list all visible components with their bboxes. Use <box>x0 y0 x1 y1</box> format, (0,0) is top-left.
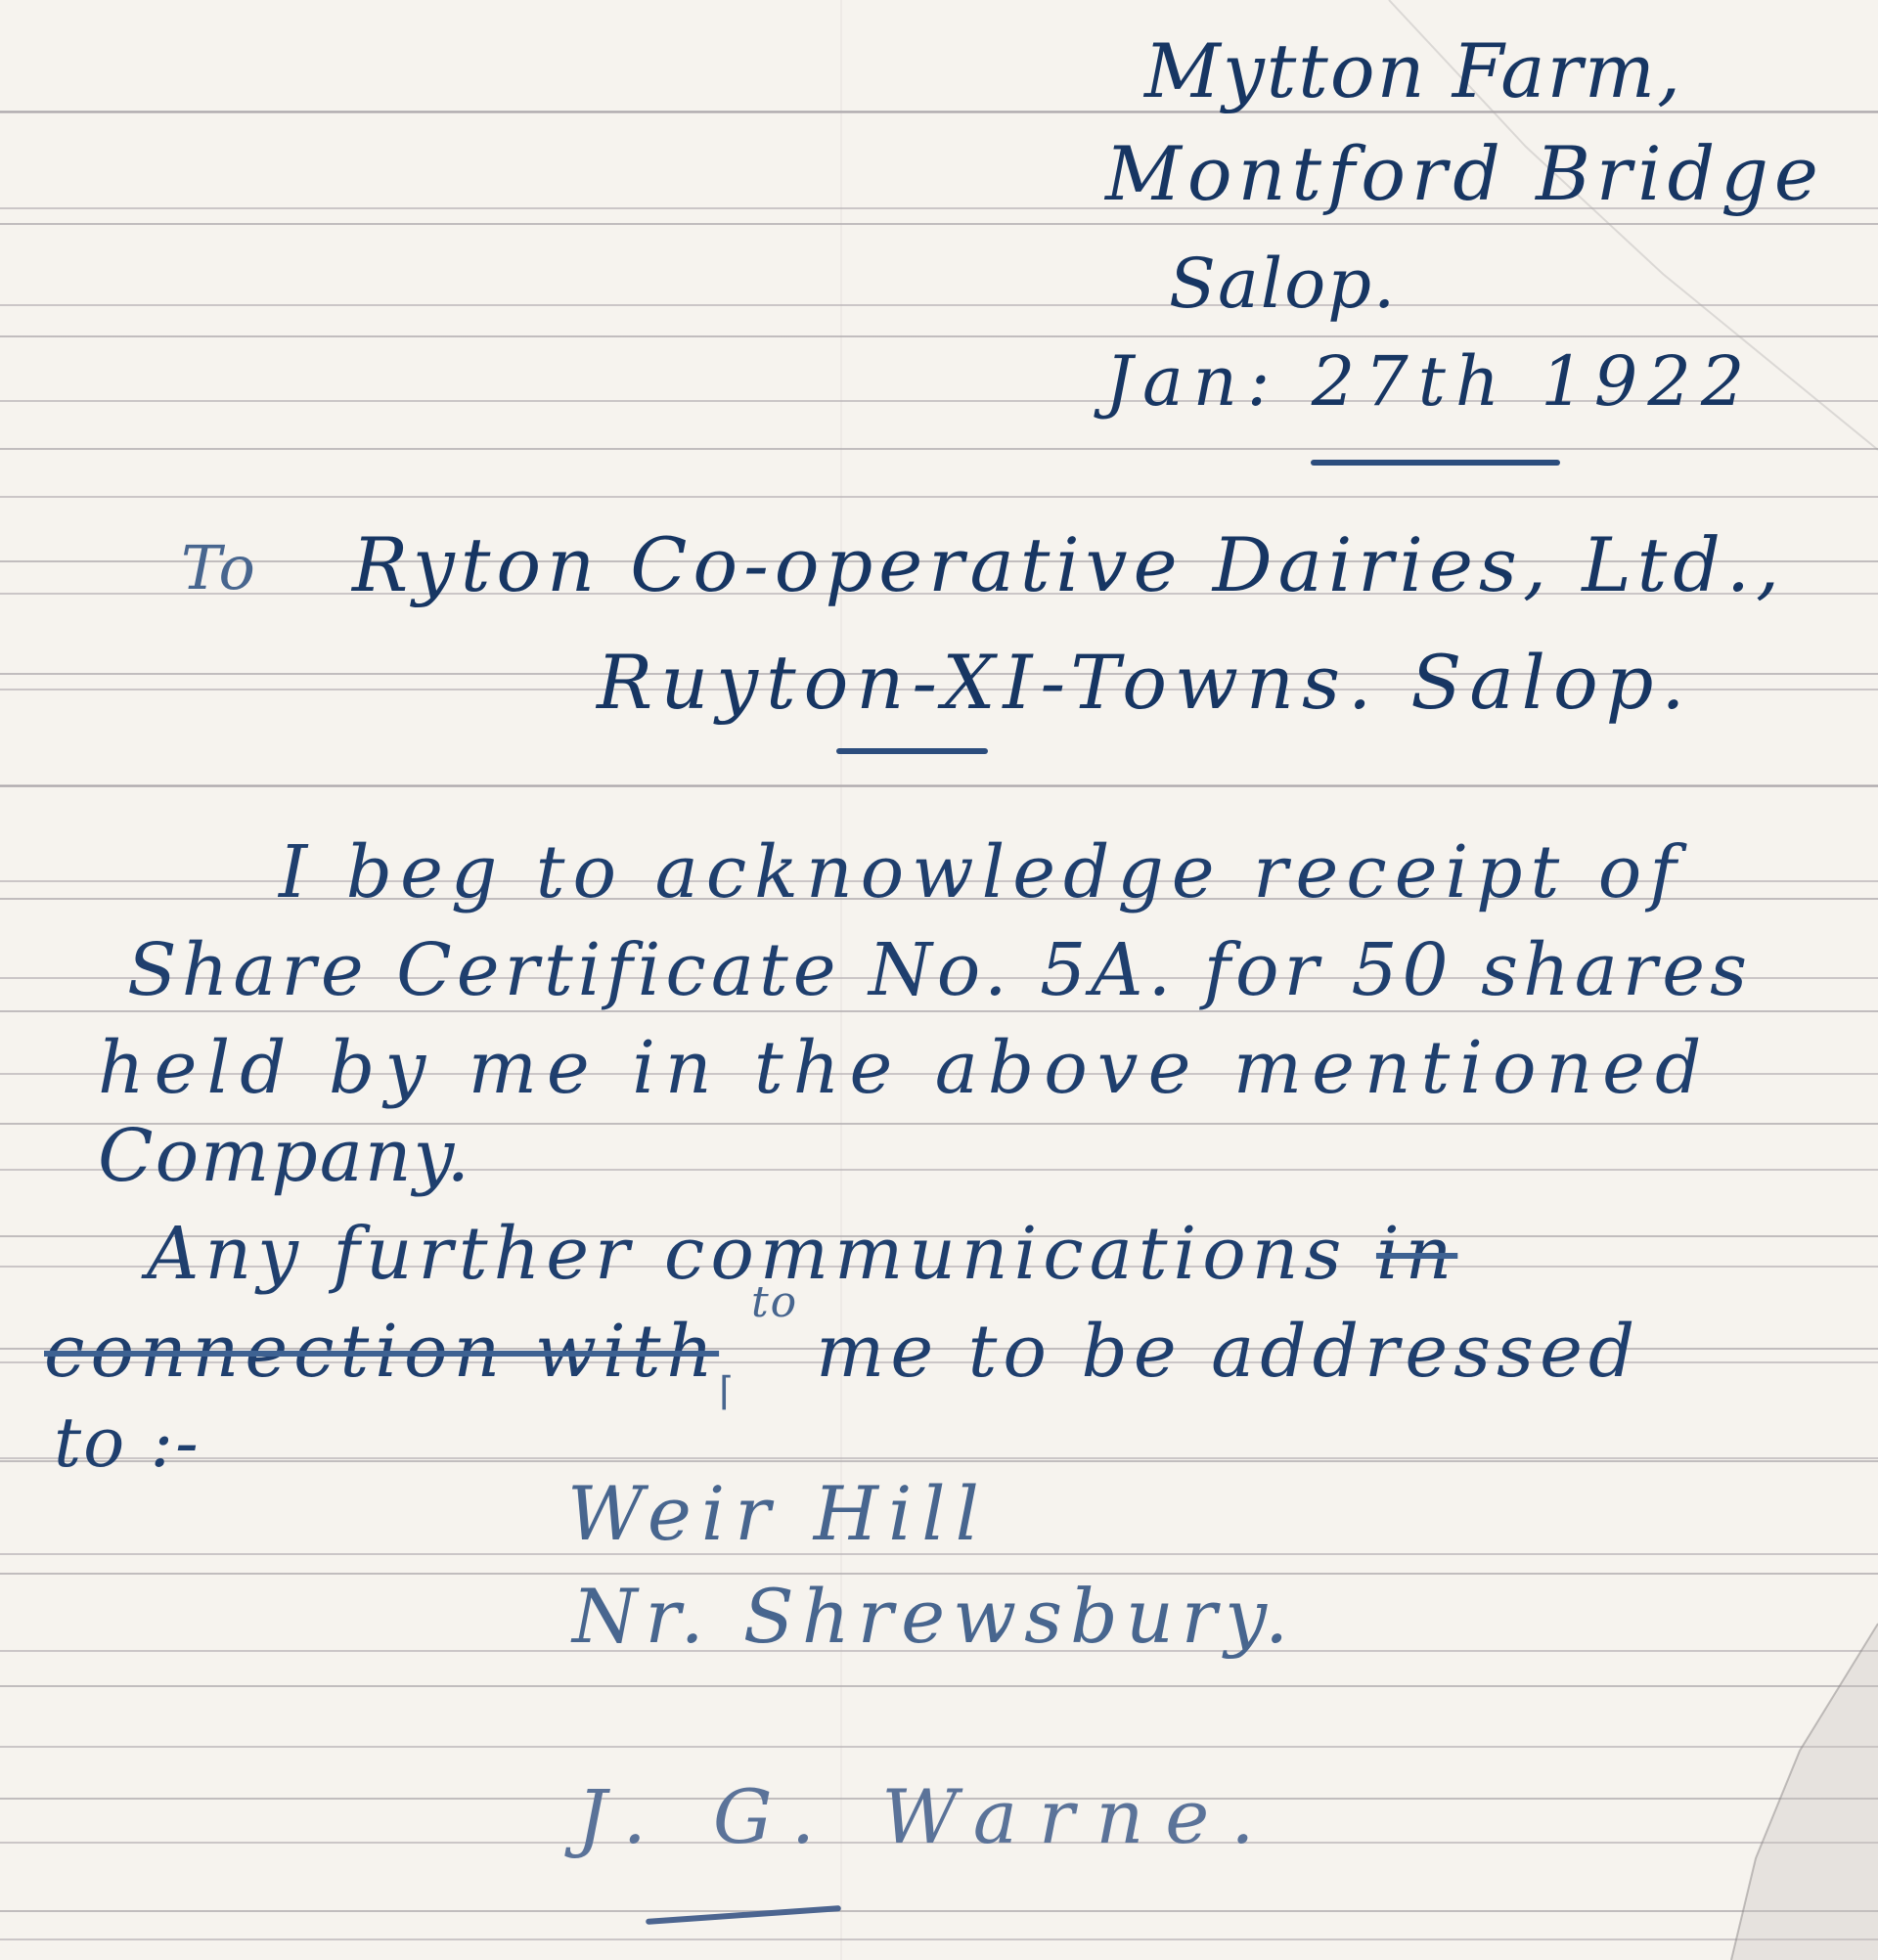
recipient-line-2: Ruyton-XI-Towns. Salop. <box>597 646 1693 720</box>
body-line-7: to :- <box>54 1408 201 1477</box>
new-address-line-2: Nr. Shrewsbury. <box>572 1580 1296 1654</box>
date-underline <box>1311 460 1560 466</box>
body-line-4: Company. <box>98 1120 471 1192</box>
body-line-3: held by me in the above mentioned <box>98 1032 1711 1104</box>
recipient-underline <box>836 748 988 754</box>
letter-date: Jan: 27th 1922 <box>1105 347 1754 416</box>
sender-address-line-3: Salop. <box>1169 249 1397 318</box>
recipient-line-1: Ryton Co-operative Dairies, Ltd., <box>352 528 1785 602</box>
body-line-2: Share Certificate No. 5A. for 50 shares <box>127 934 1752 1006</box>
body-line-6: connection with me to be addressed <box>44 1315 1640 1388</box>
body-line-6-text: me to be addressed <box>816 1310 1640 1394</box>
recipient-prefix: To <box>181 538 257 599</box>
insertion-caret-icon: ⌈ <box>719 1369 735 1414</box>
body-line-1: I beg to acknowledge receipt of <box>279 836 1684 909</box>
sender-address-line-2: Montford Bridge <box>1105 137 1824 211</box>
struck-word-in: in <box>1376 1212 1457 1296</box>
body-line-5-text: Any further communications <box>147 1212 1347 1296</box>
new-address-line-1: Weir Hill <box>567 1477 989 1551</box>
struck-phrase-connection-with: connection with <box>44 1310 719 1394</box>
sender-address-line-1: Mytton Farm, <box>1144 34 1682 109</box>
signature: J. G. Warne. <box>577 1780 1275 1854</box>
body-line-5: Any further communications in <box>147 1218 1457 1290</box>
